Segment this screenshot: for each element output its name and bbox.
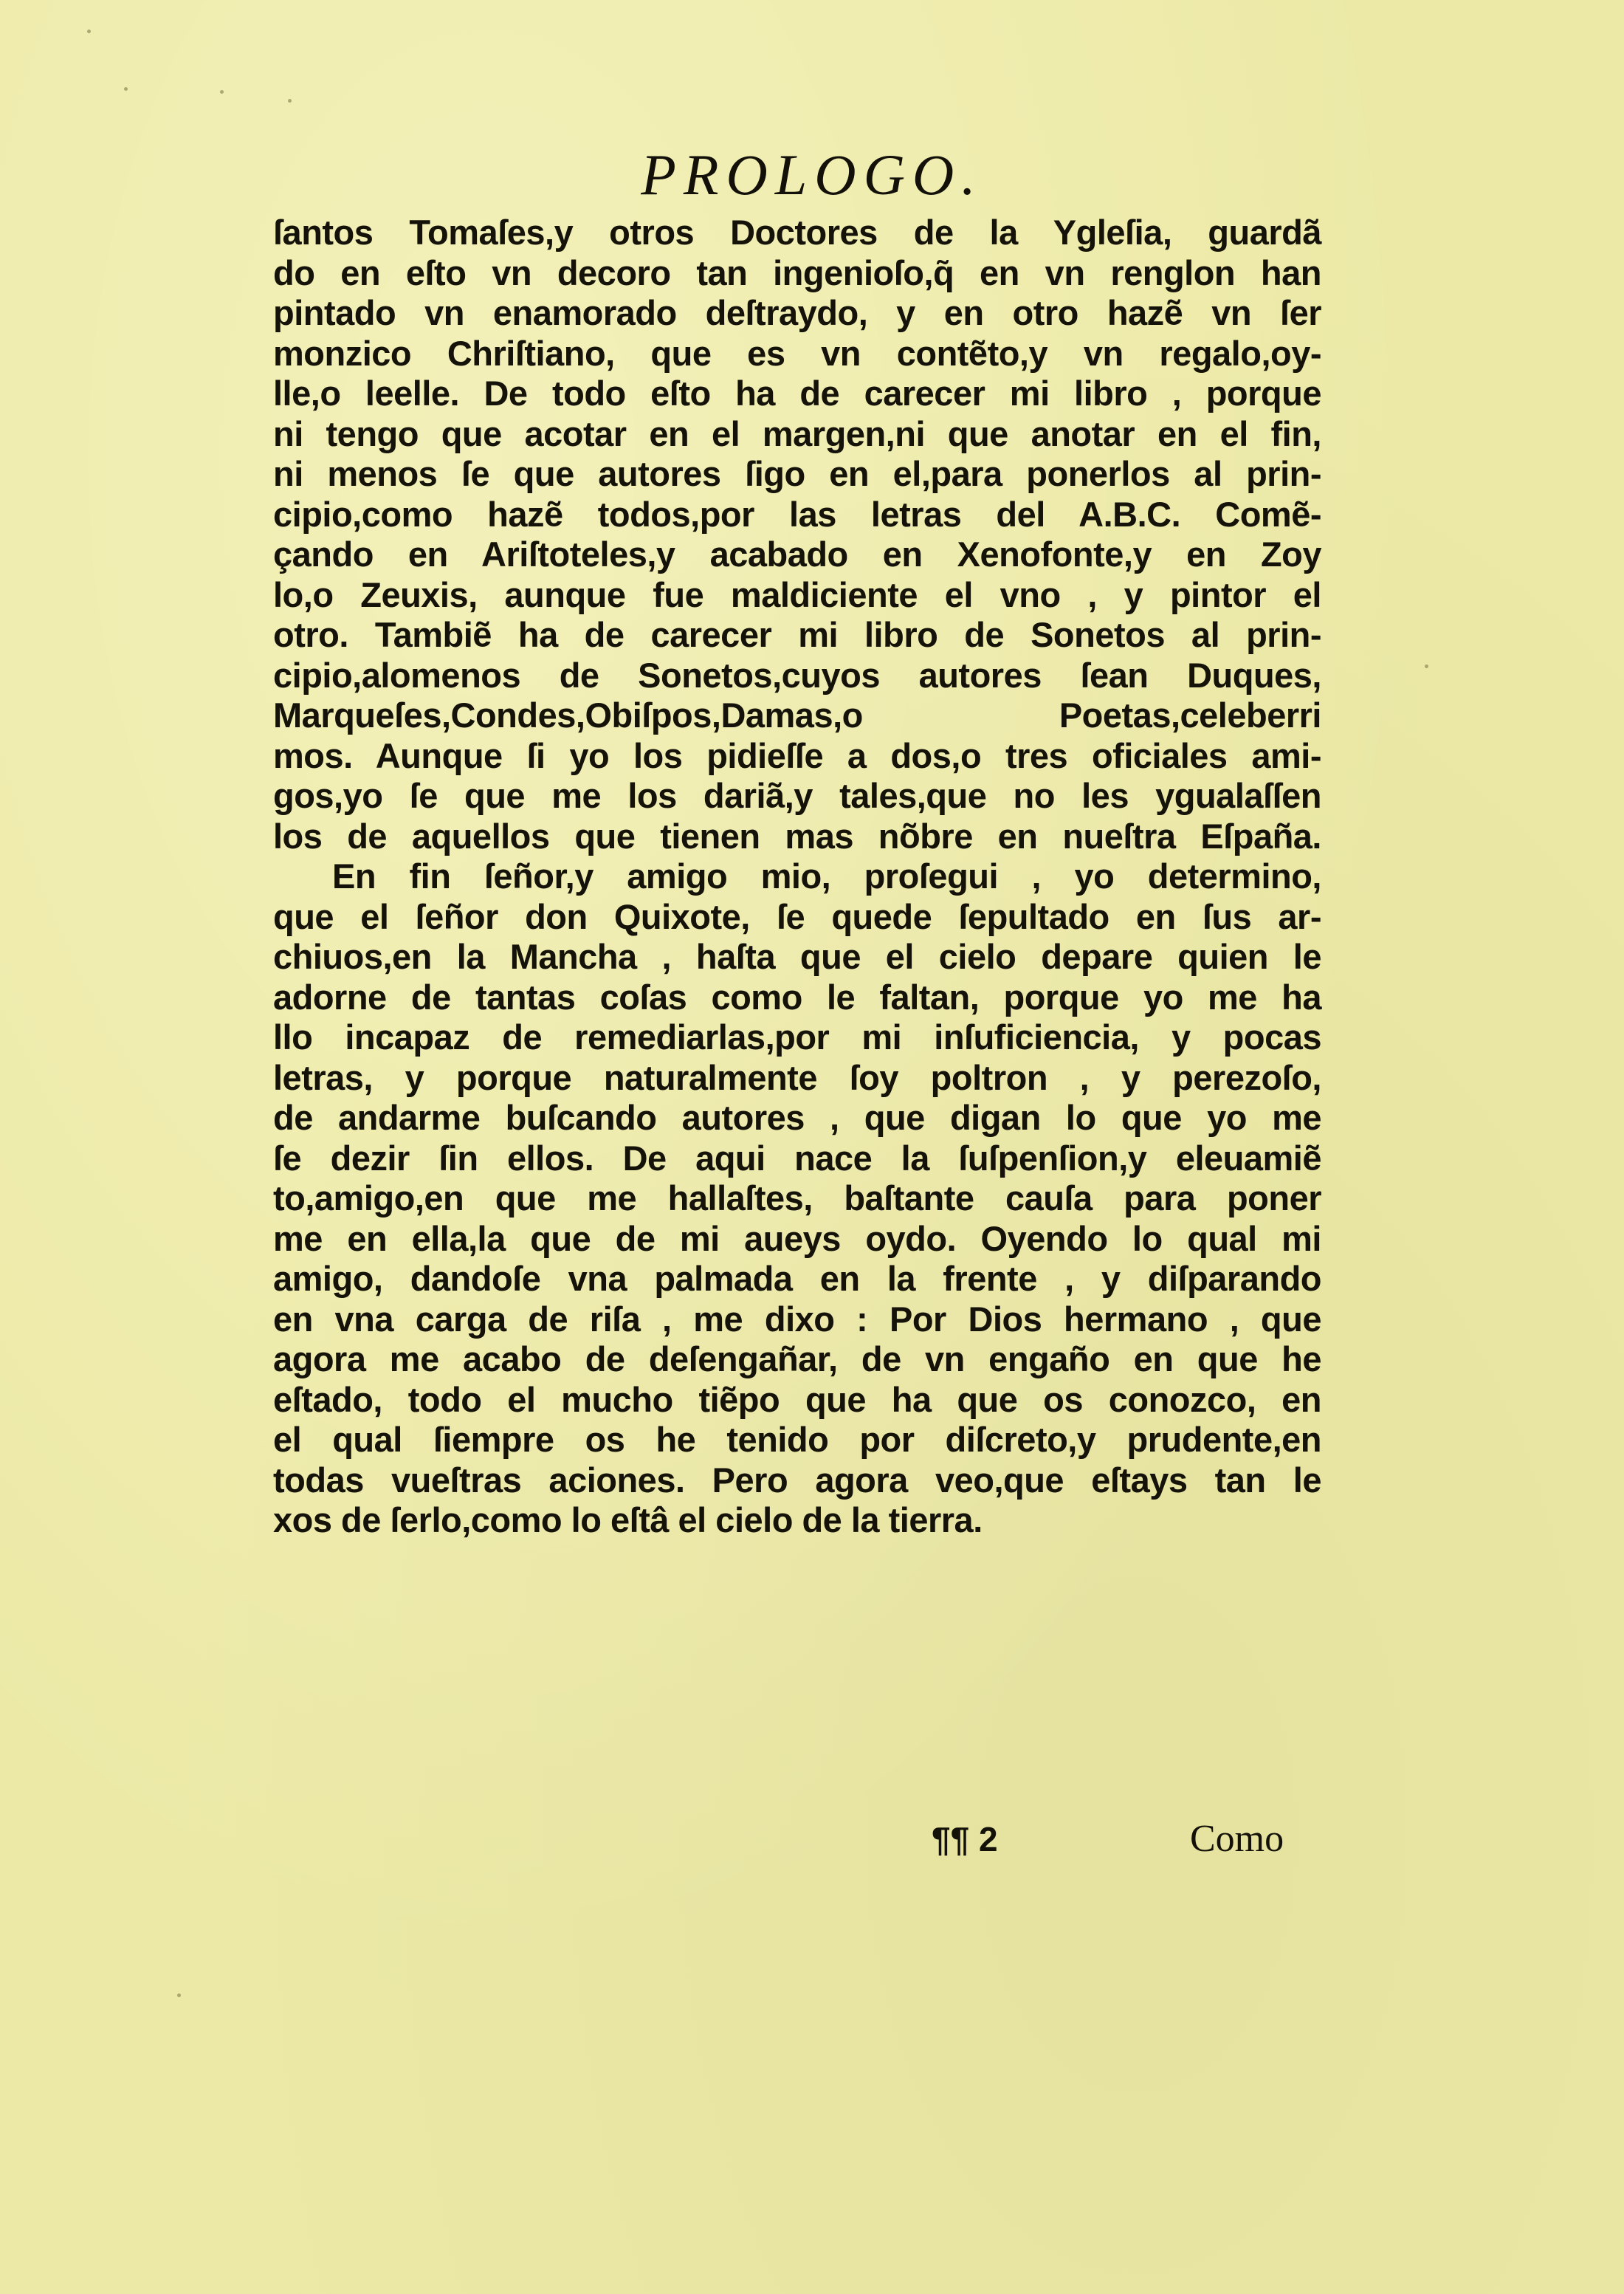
text-line: cipio,como hazẽ todos,por las letras del…	[273, 495, 1321, 535]
text-line: llo incapaz de remediarlas,por mi inſufi…	[273, 1017, 1321, 1058]
text-line: gos,yo ſe que me los dariã,y tales,que n…	[273, 776, 1321, 817]
text-line: el qual ſiempre os he tenido por diſcret…	[273, 1420, 1321, 1460]
paper-speck	[220, 90, 224, 94]
text-line-final: xos de ſerlo,como lo eſtâ el cielo de la…	[273, 1500, 1321, 1541]
paper-speck	[87, 30, 91, 33]
catchword: Como	[1190, 1813, 1284, 1865]
text-line: pintado vn enamorado deſtraydo, y en otr…	[273, 293, 1321, 334]
text-line: eſtado, todo el mucho tiẽpo que ha que o…	[273, 1380, 1321, 1421]
text-line: mos. Aunque ſi yo los pidieſſe a dos,o t…	[273, 736, 1321, 777]
paper-speck	[124, 87, 128, 91]
text-line: chiuos,en la Mancha , haſta que el cielo…	[273, 937, 1321, 978]
book-page-scan: PROLOGO. ſantos Tomaſes,y otros Doctores…	[0, 0, 1624, 2294]
text-line: lo,o Zeuxis, aunque fue maldiciente el v…	[273, 575, 1321, 616]
text-line: ni tengo que acotar en el margen,ni que …	[273, 414, 1321, 455]
text-line: en vna carga de riſa , me dixo : Por Dio…	[273, 1299, 1321, 1340]
text-line: çando en Ariſtoteles,y acabado en Xenofo…	[273, 535, 1321, 575]
running-head-title: PROLOGO.	[0, 142, 1624, 208]
paragraph-start-line: En fin ſeñor,y amigo mio, proſegui , yo …	[273, 856, 1321, 897]
text-line: me en ella,la que de mi aueys oydo. Oyen…	[273, 1219, 1321, 1260]
text-line: ſe dezir ſin ellos. De aqui nace la ſuſp…	[273, 1139, 1321, 1179]
text-line: amigo, dandoſe vna palmada en la frente …	[273, 1259, 1321, 1299]
page-footer: ¶¶ 2 Como	[0, 1813, 1624, 1865]
text-line: lle,o leelle. De todo eſto ha de carecer…	[273, 374, 1321, 414]
signature-mark: ¶¶ 2	[932, 1813, 998, 1865]
paper-speck	[288, 99, 292, 103]
text-line: letras, y porque naturalmente ſoy poltro…	[273, 1058, 1321, 1099]
text-line: agora me acabo de deſengañar, de vn enga…	[273, 1339, 1321, 1380]
paper-speck	[1425, 664, 1428, 668]
paper-speck	[177, 1993, 181, 1997]
text-line: adorne de tantas coſas como le faltan, p…	[273, 978, 1321, 1018]
text-line: monzico Chriſtiano, que es vn contẽto,y …	[273, 334, 1321, 374]
text-line: ni menos ſe que autores ſigo en el,para …	[273, 454, 1321, 495]
text-line: Marqueſes,Condes,Obiſpos,Damas,o Poetas,…	[273, 696, 1321, 736]
text-line: cipio,alomenos de Sonetos,cuyos autores …	[273, 656, 1321, 696]
text-line: todas vueſtras aciones. Pero agora veo,q…	[273, 1460, 1321, 1501]
text-line: de andarme buſcando autores , que digan …	[273, 1098, 1321, 1139]
text-line: otro. Tambiẽ ha de carecer mi libro de S…	[273, 615, 1321, 656]
text-line: ſantos Tomaſes,y otros Doctores de la Yg…	[273, 213, 1321, 253]
text-line: do en eſto vn decoro tan ingenioſo,q̃ en…	[273, 253, 1321, 294]
text-line: que el ſeñor don Quixote, ſe quede ſepul…	[273, 897, 1321, 938]
text-line: los de aquellos que tienen mas nõbre en …	[273, 817, 1321, 857]
prologue-text-block: ſantos Tomaſes,y otros Doctores de la Yg…	[273, 213, 1321, 1541]
text-line: to,amigo,en que me hallaſtes, baſtante c…	[273, 1178, 1321, 1219]
